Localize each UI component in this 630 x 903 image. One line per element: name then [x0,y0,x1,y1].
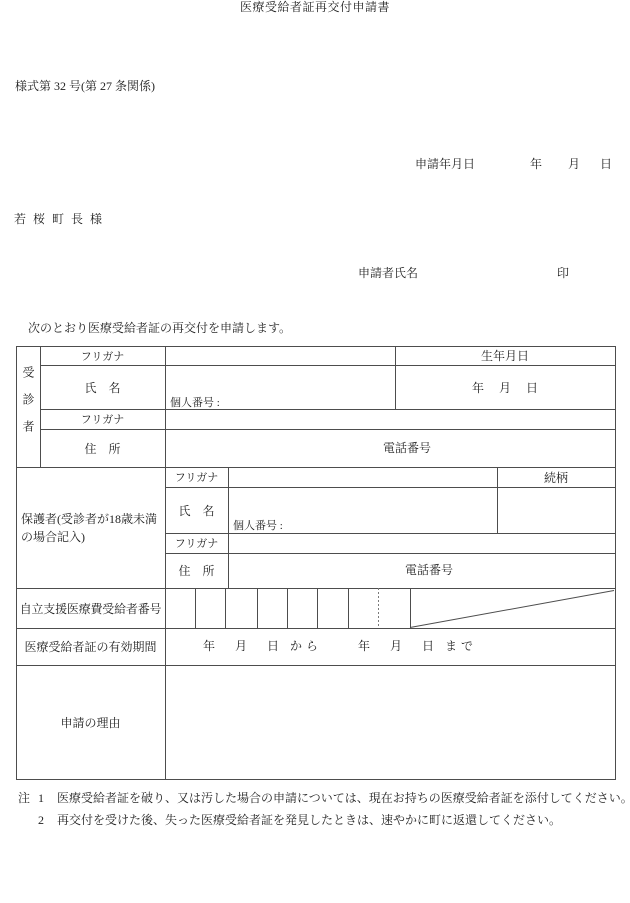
validity-from-fields: 年 月 日 から [203,628,322,665]
validity-to-fields: 年 月 日 まで [358,628,477,665]
guardian-phone-label: 電話番号 [405,553,453,588]
note-2-text: 再交付を受けた後、失った医療受給者証を発見したときは、速やかに町に返還してくださ… [57,813,561,827]
patient-section-header: 受診者 [16,346,40,467]
application-date-day-label: 日 [600,157,612,171]
application-date-year-label: 年 [530,157,542,171]
guardian-personal-number-label: 個人番号 : [233,519,283,533]
patient-personal-number-label: 個人番号 : [170,396,220,410]
guardian-furigana-label: フリガナ [165,467,228,487]
patient-furigana-label: フリガナ [40,346,165,365]
reason-label: 申請の理由 [16,665,165,779]
notes-marker: 注 [18,791,30,805]
intro-sentence: 次のとおり医療受給者証の再交付を申請します。 [28,321,291,335]
form-number: 様式第 32 号(第 27 条関係) [15,79,155,93]
seal-label: 印 [557,266,569,280]
diagonal-strike-line [410,591,614,628]
validity-period-label: 医療受給者証の有効期間 [16,628,165,665]
application-form-page: 様式第 32 号(第 27 条関係) 医療受給者証再交付申請書 申請年月日 年 … [0,0,630,903]
addressee: 若 桜 町 長 様 [14,212,104,226]
patient-birthdate-label: 生年月日 [395,346,615,365]
applicant-name-label: 申請者氏名 [358,266,418,280]
guardian-address-label: 住 所 [165,553,228,588]
guardian-relation-label: 続柄 [497,467,615,487]
patient-birthdate-fields: 年 月 日 [395,365,615,409]
guardian-furigana2-label: フリガナ [165,533,228,553]
note-1-number: 1 [38,791,44,805]
recipient-number-label: 自立支援医療費受給者番号 [16,588,165,628]
application-date-label: 申請年月日 [415,157,475,171]
page-title: 医療受給者証再交付申請書 [0,0,630,14]
patient-address-label: 住 所 [40,429,165,467]
application-date-month-label: 月 [568,157,580,171]
patient-phone-label: 電話番号 [383,429,431,467]
patient-furigana2-label: フリガナ [40,409,165,429]
note-1-text: 医療受給者証を破り、又は汚した場合の申請については、現在お持ちの医療受給者証を添… [57,791,630,805]
guardian-name-label: 氏 名 [165,487,228,533]
guardian-section-label: 保護者(受診者が18歳未満の場合記入) [16,467,164,588]
patient-name-label: 氏 名 [40,365,165,409]
note-2-number: 2 [38,813,44,827]
patient-section-label: 受診者 [16,366,40,447]
